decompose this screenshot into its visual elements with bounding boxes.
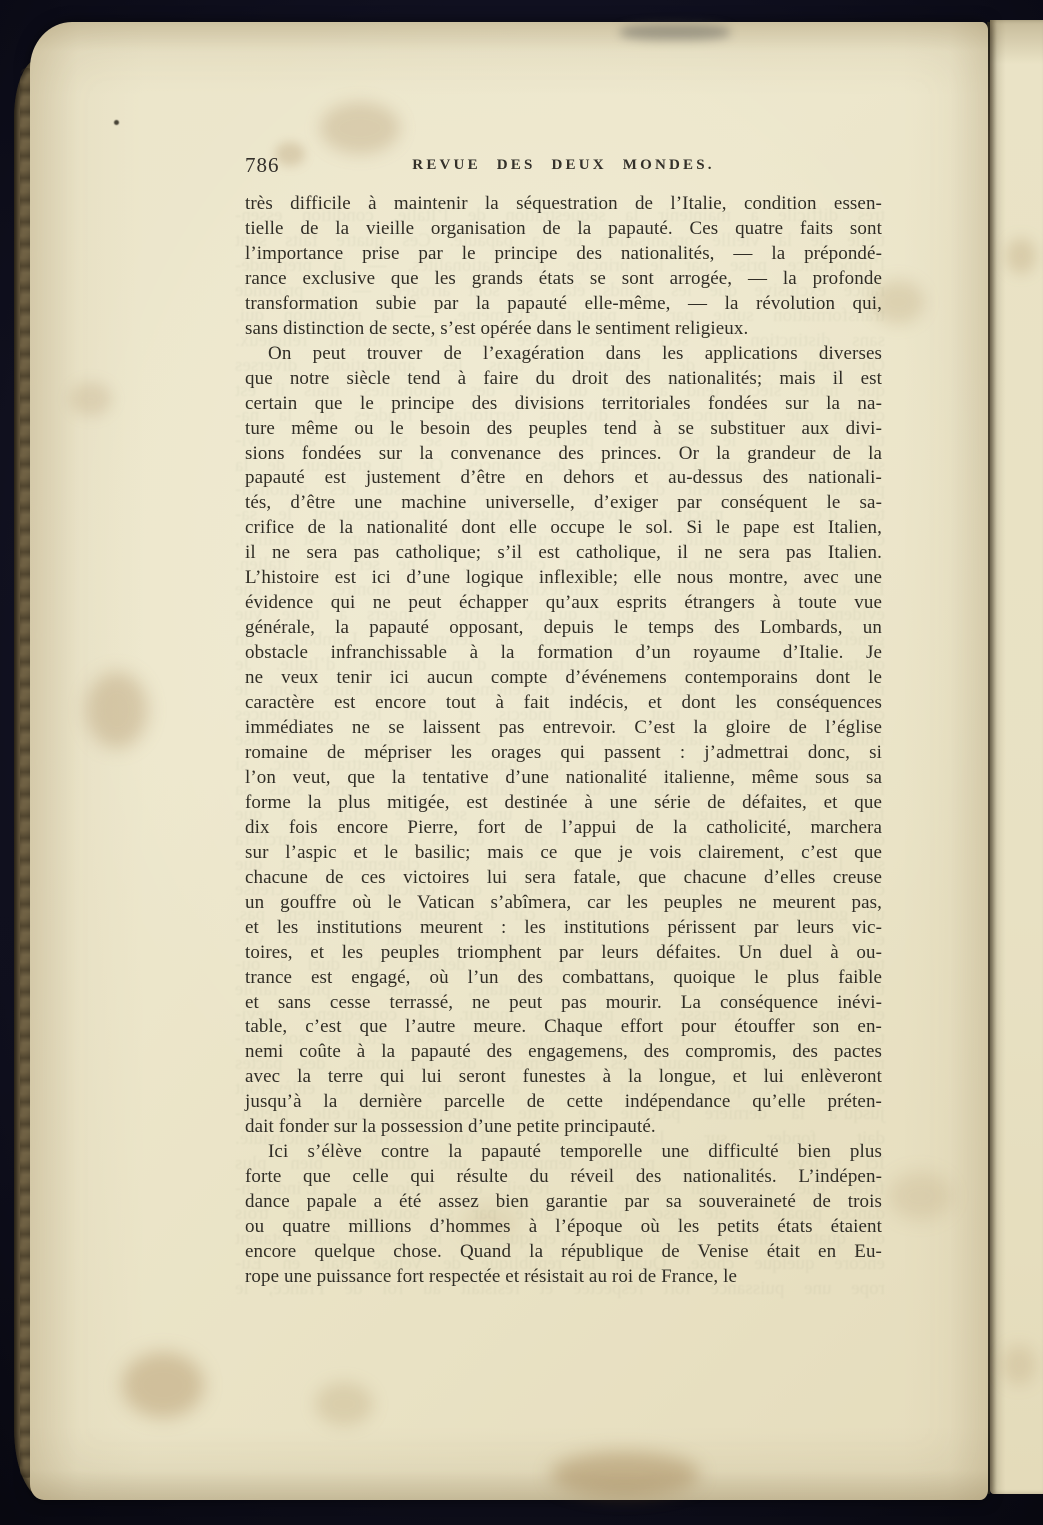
scan-background: très difficile à maintenir la séquestrat… bbox=[0, 0, 1043, 1525]
stain bbox=[122, 1352, 204, 1418]
text-line: très difficile à maintenir la séquestrat… bbox=[245, 192, 882, 217]
text-line: caractère est encore tout à fait indécis… bbox=[245, 691, 882, 716]
text-line: sans distinction de secte, s’est opérée … bbox=[245, 317, 882, 342]
stain bbox=[315, 1382, 373, 1426]
text-line: papauté est justement d’être en dehors e… bbox=[245, 466, 882, 491]
text-line: obstacle infranchissable à la formation … bbox=[245, 641, 882, 666]
text-line: dance papale a été assez bien garantie p… bbox=[245, 1190, 882, 1215]
text-line: dix fois encore Pierre, fort de l’appui … bbox=[245, 816, 882, 841]
text-line: il ne sera pas catholique; s’il est cath… bbox=[245, 541, 882, 566]
facing-page-sliver bbox=[990, 20, 1043, 1494]
running-title: REVUE DES DEUX MONDES. bbox=[245, 157, 882, 174]
text-line: rope une puissance fort respectée et rés… bbox=[245, 1265, 882, 1290]
book-page: très difficile à maintenir la séquestrat… bbox=[30, 22, 988, 1500]
stain bbox=[888, 1172, 952, 1220]
text-line: nemi coûte à la papauté des engagemens, … bbox=[245, 1040, 882, 1065]
text-line: forme la plus mitigée, est destinée à un… bbox=[245, 791, 882, 816]
text-line: jusqu’à la dernière parcelle de cette in… bbox=[245, 1090, 882, 1115]
stain bbox=[70, 382, 112, 416]
stain bbox=[620, 24, 730, 40]
text-line: immédiates ne se laissent pas entrevoir.… bbox=[245, 716, 882, 741]
stain bbox=[550, 1452, 700, 1496]
text-line: un gouffre où le Vatican s’abîmera, car … bbox=[245, 891, 882, 916]
text-line: Ici s’élève contre la papauté temporelle… bbox=[245, 1140, 882, 1165]
text-line: l’importance prise par le principe des n… bbox=[245, 242, 882, 267]
text-line: trance est engagé, où l’un des combattan… bbox=[245, 966, 882, 991]
text-line: générale, la papauté opposant, depuis le… bbox=[245, 616, 882, 641]
text-line: L’histoire est ici d’une logique inflexi… bbox=[245, 566, 882, 591]
text-line: crifice de la nationalité dont elle occu… bbox=[245, 516, 882, 541]
text-line: ou quatre millions d’hommes à l’époque o… bbox=[245, 1215, 882, 1240]
text-line: romaine de mépriser les orages qui passe… bbox=[245, 741, 882, 766]
text-line: et sans cesse terrassé, ne peut pas mour… bbox=[245, 991, 882, 1016]
text-line: que notre siècle tend à faire du droit d… bbox=[245, 367, 882, 392]
text-line: sur l’aspic et le basilic; mais ce que j… bbox=[245, 841, 882, 866]
text-line: transformation subie par la papauté elle… bbox=[245, 292, 882, 317]
stain bbox=[86, 672, 148, 748]
stain bbox=[320, 102, 400, 154]
text-line: et les institutions meurent : les instit… bbox=[245, 916, 882, 941]
text-line: table, c’est que l’autre meure. Chaque e… bbox=[245, 1015, 882, 1040]
text-line: évidence qui ne peut échapper qu’aux esp… bbox=[245, 591, 882, 616]
text-line: l’on veut, que la tentative d’une nation… bbox=[245, 766, 882, 791]
text-line: sions fondées sur la convenance des prin… bbox=[245, 442, 882, 467]
text-line: rance exclusive que les grands états se … bbox=[245, 267, 882, 292]
text-line: toires, et les peuples triomphent par le… bbox=[245, 941, 882, 966]
text-line: encore quelque chose. Quand la républiqu… bbox=[245, 1240, 882, 1265]
text-line: chacune de ces victoires lui sera fatale… bbox=[245, 866, 882, 891]
text-line: ture même ou le besoin des peuples tend … bbox=[245, 417, 882, 442]
text-line: avec la terre qui lui seront funestes à … bbox=[245, 1065, 882, 1090]
page-body: très difficile à maintenir la séquestrat… bbox=[245, 192, 882, 1290]
stain bbox=[114, 120, 119, 125]
text-line: tielle de la vieille organisation de la … bbox=[245, 217, 882, 242]
text-line: forte que celle qui résulte du réveil de… bbox=[245, 1165, 882, 1190]
text-line: On peut trouver de l’exagération dans le… bbox=[245, 342, 882, 367]
page-header: 786 REVUE DES DEUX MONDES. bbox=[245, 152, 882, 180]
text-line: certain que le principe des divisions te… bbox=[245, 392, 882, 417]
text-line: tés, d’être une machine universelle, d’e… bbox=[245, 491, 882, 516]
text-line: dait fonder sur la possession d’une peti… bbox=[245, 1115, 882, 1140]
text-line: ne veux tenir ici aucun compte d’événeme… bbox=[245, 666, 882, 691]
